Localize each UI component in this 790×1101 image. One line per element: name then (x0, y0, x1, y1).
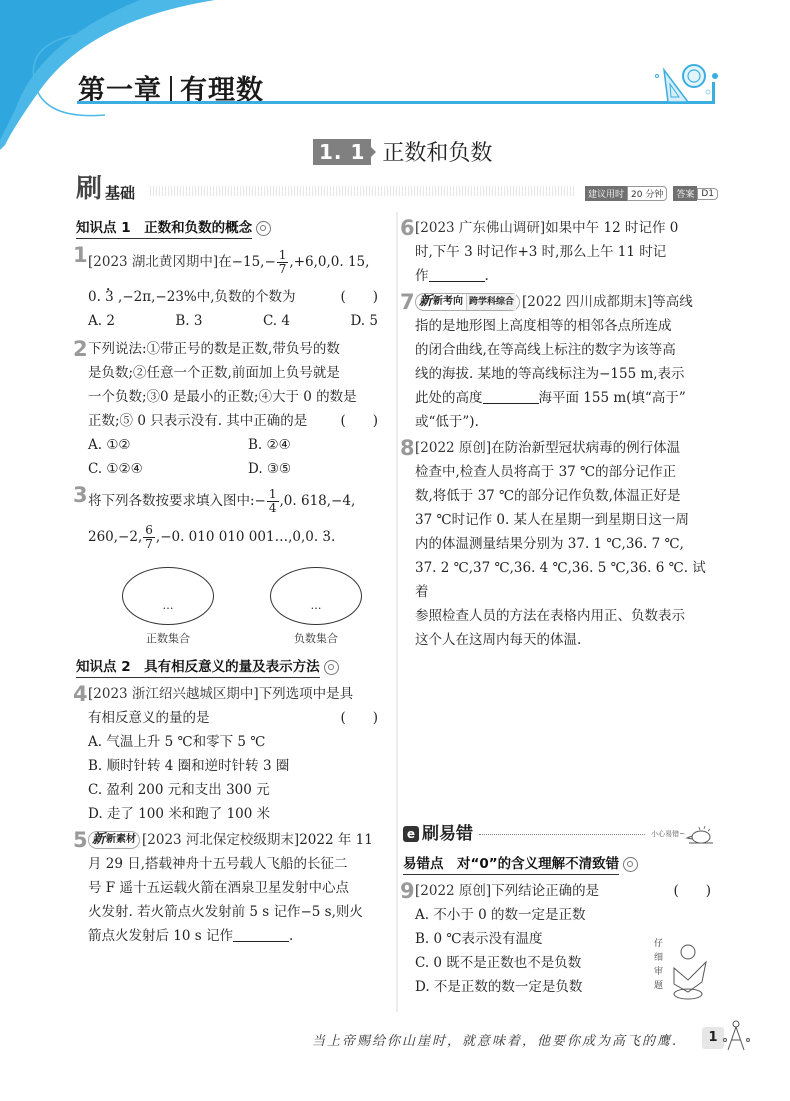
answer-blank[interactable]: ( ) (340, 409, 378, 433)
question-text: 检查中,检查人员将高于 37 ℃的部分记作正 (415, 460, 715, 484)
set-label: 正数集合 (146, 627, 190, 651)
new-direction-badge: 新新考向跨学科综合 (415, 293, 520, 311)
question-source: [2023 广东佛山调研] (415, 220, 545, 236)
section-title: 1. 1 正数和负数 (313, 136, 492, 167)
question-text: 下列说法:①带正号的数是正数,带负号的数 (88, 337, 388, 361)
question-number: 7 (400, 290, 415, 314)
question-text: 指的是地形图上高度相等的相邻各点所连成 (415, 314, 715, 338)
option-a[interactable]: A. ①② (88, 433, 248, 457)
error-icon: e (403, 826, 419, 842)
question-text: 的闭合曲线,在等高线上标注的数字为该等高 (415, 338, 715, 362)
careful-note: 小心易错~ (651, 822, 685, 846)
basics-label: 基础 (105, 183, 135, 203)
question-number: 2 (73, 337, 88, 361)
footer-quote: 当上帝赐给你山崖时，就意味着，他要你成为高飞的鹰. (312, 1030, 678, 1049)
question-text: . (289, 928, 293, 944)
repeating-digit: 3 (322, 529, 331, 545)
duck-mascot-icon (685, 823, 715, 845)
time-answer-tags: 建议用时 20 分钟 答案 D1 (585, 186, 718, 201)
question-text: 线的海拔. 某地的等高线标注为−155 m,表示 (415, 362, 715, 386)
set-content: … (271, 594, 361, 618)
brush-glyph: 刷 (76, 175, 102, 203)
left-column: 知识点 1 正数和负数的概念 1 [2023 湖北黄冈期中]在−15,−17,+… (76, 216, 388, 948)
section-number: 1. 1 (313, 139, 371, 165)
fill-blank[interactable] (233, 927, 289, 942)
option-a[interactable]: A. 气温上升 5 ℃和零下 5 ℃ (88, 730, 388, 754)
question-number: 9 (400, 879, 415, 903)
option-a[interactable]: A. 不小于 0 的数一定是正数 (415, 903, 715, 927)
question-text: ,−0. 010 010 001…,0,0. (156, 529, 323, 545)
question-text: 260,−2, (88, 529, 142, 545)
time-key: 建议用时 (585, 186, 627, 201)
fraction: 14 (267, 488, 279, 515)
question-text: 作 (415, 268, 429, 284)
error-point: 易错点 对“0”的含义理解不清致错 (403, 854, 715, 875)
question-text: 参照检查人员的方法在表格内用正、负数表示 (415, 604, 715, 628)
error-prone-title: 刷易错 (422, 822, 473, 846)
knowledge-point-label: 知识点 1 正数和负数的概念 (76, 218, 252, 239)
chapter-underline (77, 101, 714, 104)
question-text: 有相反意义的量的是 (88, 710, 210, 726)
set-content: … (123, 594, 213, 618)
question-source: [2022 原创] (415, 883, 491, 899)
dotted-leader (479, 833, 645, 835)
page-number: 1 (702, 1027, 724, 1049)
answer-key: 答案 (673, 186, 697, 201)
answer-blank[interactable]: ( ) (673, 879, 711, 903)
target-icon (324, 660, 339, 675)
question-source: [2022 四川成都期末] (522, 294, 652, 310)
question-1: 1 [2023 湖北黄冈期中]在−15,−17,+6,0,0. 15, 0. 3… (76, 243, 388, 333)
option-d[interactable]: D. ③⑤ (248, 457, 388, 481)
option-c[interactable]: C. 盈利 200 元和支出 300 元 (88, 778, 388, 802)
section-name: 正数和负数 (382, 136, 492, 167)
ruler-protractor-icon (652, 62, 722, 107)
error-prone-header: e 刷易错 小心易错~ (403, 822, 715, 846)
options: A. 2 B. 3 C. 4 D. 5 (88, 309, 388, 333)
question-text: 火发射. 若火箭点火发射前 5 s 记作−5 s,则火 (88, 900, 388, 924)
question-6: 6 [2023 广东佛山调研]如果中午 12 时记作 0 时,下午 3 时记作+… (403, 216, 715, 288)
option-c[interactable]: C. ①②④ (88, 457, 248, 481)
target-icon (256, 221, 271, 236)
question-text: 是负数;②任意一个正数,前面加上负号就是 (88, 361, 388, 385)
option-b[interactable]: B. 顺时针转 4 圈和逆时针转 3 圈 (88, 754, 388, 778)
repeating-digit: 3 (105, 289, 114, 305)
question-text: 37. 2 ℃,37 ℃,36. 4 ℃,36. 5 ℃,36. 6 ℃. 试着 (415, 556, 715, 604)
error-point-label: 易错点 对“0”的含义理解不清致错 (403, 854, 619, 875)
compass-icon (722, 1018, 752, 1052)
fill-blank[interactable] (429, 267, 485, 282)
option-d[interactable]: D. 走了 100 米和跑了 100 米 (88, 802, 388, 826)
question-text: 数,将低于 37 ℃的部分记作负数,体温正好是 (415, 484, 715, 508)
question-text: 下列结论正确的是 (491, 883, 599, 899)
question-4: 4 [2023 浙江绍兴越城区期中]下列选项中是具 有相反意义的量的是( ) A… (76, 682, 388, 826)
option-c[interactable]: C. 4 (263, 309, 290, 333)
knowledge-point-label: 知识点 2 具有相反意义的量及表示方法 (76, 657, 320, 678)
question-text: 正数;⑤ 0 只表示没有. 其中正确的是 (88, 413, 307, 429)
question-source: [2023 浙江绍兴越城区期中] (88, 686, 259, 702)
question-text: . (331, 529, 335, 545)
option-d[interactable]: D. 5 (350, 309, 378, 333)
fraction: 67 (143, 524, 155, 551)
question-3: 3 将下列各数按要求填入图中:−14,0. 618,−4, 260,−2,67,… (76, 483, 388, 651)
question-source: [2023 湖北黄冈期中] (88, 254, 218, 270)
set-diagram: … 正数集合 … 负数集合 (122, 567, 362, 651)
question-text: 时,下午 3 时记作+3 时,那么上午 11 时记 (415, 240, 715, 264)
question-text: 海平面 155 m(填“高于” (539, 390, 686, 406)
question-text: 或“低于”). (415, 410, 715, 434)
question-number: 4 (73, 682, 88, 706)
option-b[interactable]: B. 3 (175, 309, 202, 333)
question-text: 将下列各数按要求填入图中:− (88, 493, 266, 509)
question-source: [2022 原创] (415, 440, 491, 456)
question-text: ,−2π,−23%中,负数的个数为 (114, 289, 296, 305)
question-number: 1 (73, 243, 88, 267)
question-8: 8 [2022 原创]在防治新型冠状病毒的例行体温 检查中,检查人员将高于 37… (403, 436, 715, 652)
question-text: 号 F 遥十五运载火箭在酒泉卫星发射中心点 (88, 876, 388, 900)
question-text: 37 ℃时记作 0. 某人在星期一到星期日这一周 (415, 508, 715, 532)
svg-text:题: 题 (654, 980, 663, 991)
question-text: 2022 年 11 (299, 832, 373, 848)
answer-page: D1 (697, 188, 718, 200)
question-text: ,0. 618,−4, (280, 493, 356, 509)
chapter-separator (170, 76, 172, 102)
negative-set[interactable]: … 负数集合 (270, 567, 362, 651)
question-number: 6 (400, 216, 415, 240)
suggested-time-tag: 建议用时 20 分钟 (585, 186, 667, 201)
options: A. ①② B. ②④ C. ①②④ D. ③⑤ (88, 433, 388, 481)
knowledge-point-1: 知识点 1 正数和负数的概念 (76, 218, 388, 239)
question-5: 5 新新素材[2023 河北保定校级期末]2022 年 11 月 29 日,搭载… (76, 828, 388, 948)
question-text: . (485, 268, 489, 284)
fraction: 17 (277, 249, 289, 276)
question-text: 一个负数;③0 是最小的正数;④大于 0 的数是 (88, 385, 388, 409)
target-icon (623, 857, 638, 872)
time-value: 20 分钟 (627, 186, 667, 201)
svg-text:仔: 仔 (654, 937, 663, 949)
new-material-badge: 新新素材 (88, 831, 140, 849)
option-a[interactable]: A. 2 (88, 309, 115, 333)
section-arrow (371, 147, 376, 157)
set-ellipse[interactable]: … (270, 567, 362, 625)
question-text: 在防治新型冠状病毒的例行体温 (491, 440, 680, 456)
answer-tag[interactable]: 答案 D1 (673, 186, 718, 201)
basics-header: 刷 基础 (76, 175, 135, 203)
question-text: 这个人在这周内每天的体温. (415, 628, 715, 652)
header-stripe (150, 186, 575, 196)
question-text: 月 29 日,搭载神舟十五号载人飞船的长征二 (88, 852, 388, 876)
knowledge-point-2: 知识点 2 具有相反意义的量及表示方法 (76, 657, 388, 678)
fill-blank[interactable] (483, 389, 539, 404)
question-text: 如果中午 12 时记作 0 (545, 220, 678, 236)
question-text: 此处的高度 (415, 390, 483, 406)
question-text: 在−15,− (218, 254, 276, 270)
question-text: 箭点火发射后 10 s 记作 (88, 928, 233, 944)
question-text: ,+6,0,0. 15, (289, 254, 369, 270)
set-ellipse[interactable]: … (122, 567, 214, 625)
positive-set[interactable]: … 正数集合 (122, 567, 214, 651)
reading-mascot-icon: 仔 细 审 题 (652, 932, 712, 1002)
svg-text:审: 审 (654, 965, 663, 977)
question-number: 8 (400, 436, 415, 460)
answer-blank[interactable]: ( ) (340, 285, 378, 309)
question-number: 3 (73, 483, 88, 507)
question-text: 下列选项中是具 (259, 686, 354, 702)
svg-text:细: 细 (654, 952, 663, 963)
question-source: [2023 河北保定校级期末] (142, 832, 299, 848)
question-number: 5 (73, 828, 88, 852)
question-7: 7 新新考向跨学科综合[2022 四川成都期末]等高线 指的是地形图上高度相等的… (403, 290, 715, 434)
right-column: 6 [2023 广东佛山调研]如果中午 12 时记作 0 时,下午 3 时记作+… (403, 216, 715, 652)
question-2: 2 下列说法:①带正号的数是正数,带负号的数 是负数;②任意一个正数,前面加上负… (76, 337, 388, 481)
question-text: 0. (88, 289, 105, 305)
option-b[interactable]: B. ②④ (248, 433, 388, 457)
question-text: 内的体温测量结果分别为 37. 1 ℃,36. 7 ℃, (415, 532, 715, 556)
column-divider (396, 212, 398, 1012)
answer-blank[interactable]: ( ) (340, 706, 378, 730)
question-text: 等高线 (652, 294, 693, 310)
set-label: 负数集合 (294, 627, 338, 651)
